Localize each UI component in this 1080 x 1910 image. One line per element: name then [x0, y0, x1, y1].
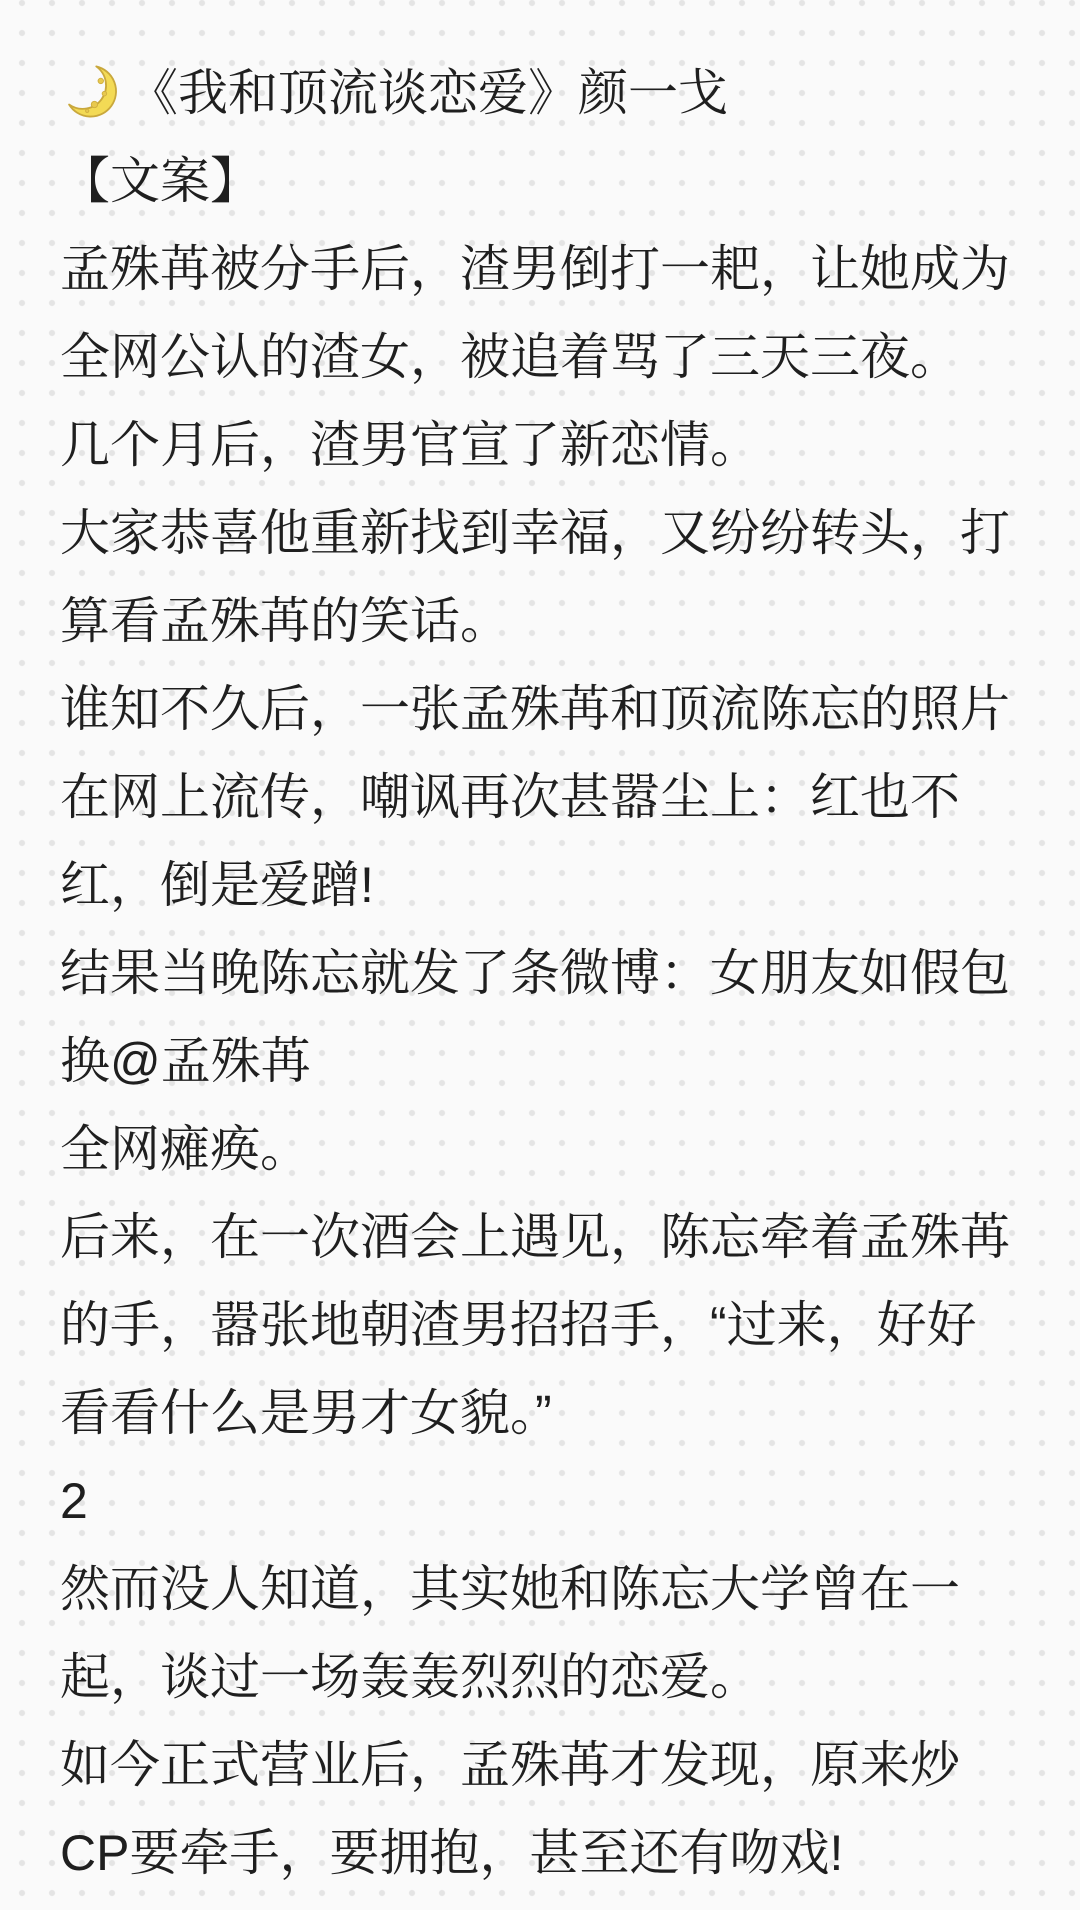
- story-paragraph: 结果当晚陈忘就发了条微博：女朋友如假包换@孟殊苒: [60, 929, 1020, 1105]
- story-paragraph: 大家恭喜他重新找到幸福，又纷纷转头，打算看孟殊苒的笑话。: [60, 489, 1020, 665]
- story-paragraph: 如今正式营业后，孟殊苒才发现，原来炒CP要牵手，要拥抱，甚至还有吻戏!: [60, 1721, 1020, 1897]
- story-paragraph: 谁知不久后，一张孟殊苒和顶流陈忘的照片在网上流传，嘲讽再次甚嚣尘上：红也不红，倒…: [60, 665, 1020, 929]
- book-title-line: 《我和顶流谈恋爱》颜一戈: [60, 49, 1020, 137]
- story-page: 《我和顶流谈恋爱》颜一戈 【文案】 孟殊苒被分手后，渣男倒打一耙，让她成为全网公…: [0, 0, 1080, 1897]
- story-paragraph: 后来，在一次酒会上遇见，陈忘牵着孟殊苒的手，嚣张地朝渣男招招手，“过来，好好看看…: [60, 1193, 1020, 1457]
- story-paragraph: 然而没人知道，其实她和陈忘大学曾在一起，谈过一场轰轰烈烈的恋爱。: [60, 1545, 1020, 1721]
- book-title-text: 《我和顶流谈恋爱》颜一戈: [128, 65, 728, 121]
- story-paragraph: 几个月后，渣男官宣了新恋情。: [60, 401, 1020, 489]
- story-paragraph: 孟殊苒被分手后，渣男倒打一耙，让她成为全网公认的渣女，被追着骂了三天三夜。: [60, 225, 1020, 401]
- crescent-moon-icon: [60, 58, 118, 116]
- section-label: 【文案】: [60, 137, 1020, 225]
- chapter-number: 2: [60, 1457, 1020, 1545]
- story-paragraph: 全网瘫痪。: [60, 1105, 1020, 1193]
